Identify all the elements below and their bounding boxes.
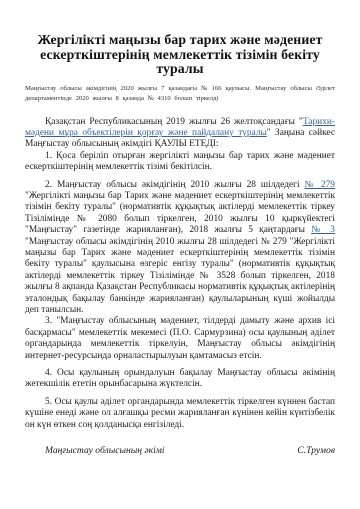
signature-row: Маңғыстау облысының әкімі С.Трумов [25,445,335,456]
document-body: Қазақстан Республикасының 2019 жылғы 26 … [25,117,335,432]
preamble-paragraph: Қазақстан Республикасының 2019 жылғы 26 … [25,117,335,151]
clause-2-text-middle: "Жергілікті маңызы бар Тарих және мәдени… [25,191,335,235]
preamble-text-before: Қазақстан Республикасының 2019 жылғы 26 … [45,117,303,127]
clause-2: 2. Маңғыстау облысы әкімдігінің 2010 жыл… [25,180,335,317]
document-title: Жергілікті маңызы бар тарих және мәдение… [25,33,335,77]
clause-1: 1. Қоса беріліп отырған жергілікті маңыз… [25,151,335,174]
resolution-3-link[interactable]: № 3 [311,225,335,235]
signature-name: С.Трумов [297,445,335,456]
clause-3: 3. "Маңғыстау облысының мәдениет, тілдер… [25,316,335,362]
clause-5: 5. Осы қаулы әділет органдарында мемлеке… [25,397,335,431]
signature-position: Маңғыстау облысының әкімі [45,445,165,456]
clause-2-text-before: 2. Маңғыстау облысы әкімдігінің 2010 жыл… [45,180,305,190]
document-page: Жергілікті маңызы бар тарих және мәдение… [0,0,360,509]
clause-4: 4. Осы қаулының орындалуын бақылау Маңғы… [25,368,335,391]
clause-2-text-after: "Маңғыстау облысы әкімдігінің 2010 жылғы… [25,237,335,315]
resolution-279-link[interactable]: № 279 [305,180,335,190]
document-meta: Маңғыстау облысы әкімдігінің 2020 жылғы … [25,84,335,104]
